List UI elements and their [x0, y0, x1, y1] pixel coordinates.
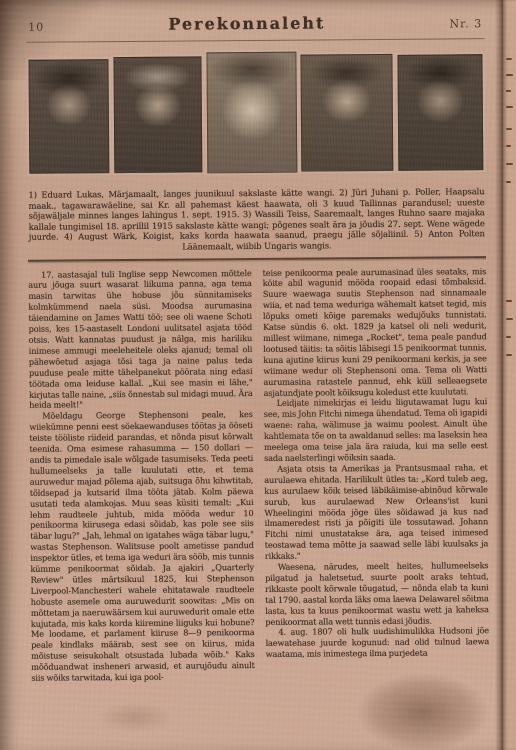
- photo-caption: 1) Eduard Lukas, Märjamaalt, langes juun…: [28, 186, 484, 253]
- soldier-portrait-august-wark: [301, 54, 394, 172]
- page-header: 10 Perekonnaleht Nr. 3: [26, 12, 484, 43]
- soldier-portrait-eduard-lukas: [28, 59, 109, 174]
- newspaper-title: Perekonnaleht: [168, 13, 325, 33]
- paragraph: Mõeldagu George Stephensoni peale, kes w…: [29, 409, 255, 683]
- photo-strip: [28, 52, 483, 180]
- page-fold-shadow: [495, 0, 503, 750]
- paragraph: 17. aastasajal tuli Inglise sepp Newcome…: [28, 268, 253, 412]
- section-divider: [28, 256, 486, 262]
- article-column-right: teise penikoorma peale aurumasinad üles …: [263, 266, 490, 730]
- paragraph: Waesena, närudes, meelt heites, hullumee…: [265, 560, 489, 627]
- adjacent-page-edge: [503, 0, 516, 750]
- soldier-portrait-anton-polten: [397, 54, 483, 171]
- soldier-portrait-wassili-teiss: [206, 52, 297, 174]
- issue-number: Nr. 3: [449, 17, 482, 30]
- paragraph: Leidjate nimekirjas ei leidu liigutawama…: [264, 397, 488, 464]
- article-column-left: 17. aastasajal tuli Inglise sepp Newcome…: [28, 268, 255, 732]
- page-content: 10 Perekonnaleht Nr. 3 1) Eduard Lukas, …: [0, 0, 508, 732]
- soldier-portrait-juri-poller: [113, 56, 202, 173]
- article-body: 17. aastasajal tuli Inglise sepp Newcome…: [28, 266, 490, 732]
- paragraph: Asjata otsis ta Amerikas ja Prantsusmaal…: [264, 462, 488, 562]
- paragraph: teise penikoorma peale aurumasinad üles …: [263, 266, 488, 399]
- newspaper-page: 10 Perekonnaleht Nr. 3 1) Eduard Lukas, …: [0, 0, 516, 750]
- paragraph: 4. aug. 1807 oli hulk uudishimulikka Hud…: [265, 626, 489, 660]
- page-number: 10: [28, 21, 44, 34]
